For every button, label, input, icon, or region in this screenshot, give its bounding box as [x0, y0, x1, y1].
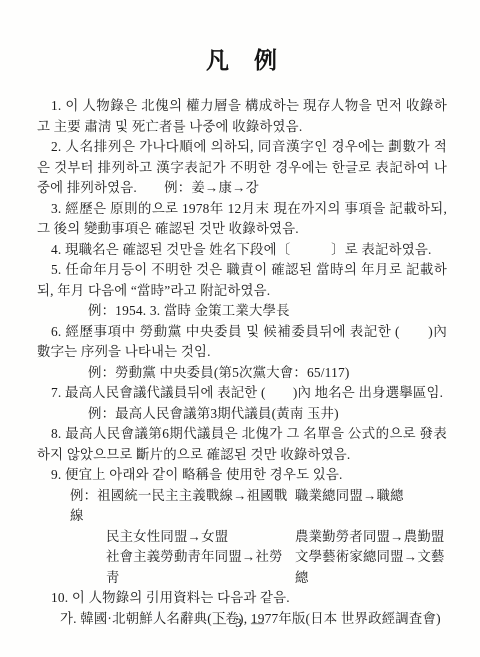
item-3: 3. 經歷은 原則的으로 1978年 12月末 現在까지의 事項을 記載하되, …	[37, 199, 447, 240]
abbreviation-left: 社會主義勞動靑年同盟→社勞靑	[70, 547, 295, 588]
item-9: 9. 便宜上 아래와 같이 略稱을 使用한 경우도 있음.	[37, 465, 447, 486]
abbreviation-row: 例：祖國統一民主主義戰線→祖國戰線 職業總同盟→職總	[70, 486, 447, 527]
item-5-example: 例：1954. 3. 當時 金策工業大學長	[88, 301, 447, 322]
document-body: 1. 이 人物錄은 北傀의 權力層을 構成하는 現存人物을 먼저 收錄하고 主要…	[37, 96, 447, 629]
item-2: 2. 人名排列은 가나다順에 의하되, 同音漢字인 경우에는 劃數가 적은 것부…	[37, 137, 447, 199]
abbreviation-left: 例：祖國統一民主主義戰線→祖國戰線	[70, 486, 295, 527]
item-5: 5. 任命年月등이 不明한 것은 職責이 確認된 當時의 年月로 記載하되, 年…	[37, 260, 447, 301]
item-7: 7. 最高人民會議代議員뒤에 表記한 ( )內 地名은 出身選擧區임.	[37, 383, 447, 404]
item-1: 1. 이 人物錄은 北傀의 權力層을 構成하는 現存人物을 먼저 收錄하고 主要…	[37, 96, 447, 137]
page-number: — 3 —	[0, 615, 480, 631]
abbreviation-right: 農業勤勞者同盟→農勤盟	[295, 527, 447, 548]
item-7-example: 例：最高人民會議第3期代議員(黃南 玉井)	[88, 404, 447, 425]
abbreviation-examples: 例：祖國統一民主主義戰線→祖國戰線 職業總同盟→職總 民主女性同盟→女盟 農業勤…	[70, 486, 447, 589]
item-10: 10. 이 人物錄의 引用資料는 다음과 같음.	[37, 588, 447, 609]
item-6: 6. 經歷事項中 勞動黨 中央委員 및 候補委員뒤에 表記한 ( )內 數字는 …	[37, 322, 447, 363]
abbreviation-right: 職業總同盟→職總	[295, 486, 447, 527]
item-6-example: 例：勞動黨 中央委員(第5次黨大會：65/117)	[88, 363, 447, 384]
abbreviation-right: 文學藝術家總同盟→文藝總	[295, 547, 447, 588]
scanned-document-page: 凡 例 1. 이 人物錄은 北傀의 權力層을 構成하는 現存人物을 먼저 收錄하…	[0, 0, 480, 657]
abbreviation-row: 民主女性同盟→女盟 農業勤勞者同盟→農勤盟	[70, 527, 447, 548]
item-8: 8. 最高人民會議第6期代議員은 北傀가 그 名單을 公式的으로 發表하지 않았…	[37, 424, 447, 465]
page-title: 凡 例	[37, 42, 447, 75]
abbreviation-row: 社會主義勞動靑年同盟→社勞靑 文學藝術家總同盟→文藝總	[70, 547, 447, 588]
abbreviation-left: 民主女性同盟→女盟	[70, 527, 295, 548]
item-4: 4. 現職名은 確認된 것만을 姓名下段에〔 〕로 表記하였음.	[37, 240, 447, 261]
